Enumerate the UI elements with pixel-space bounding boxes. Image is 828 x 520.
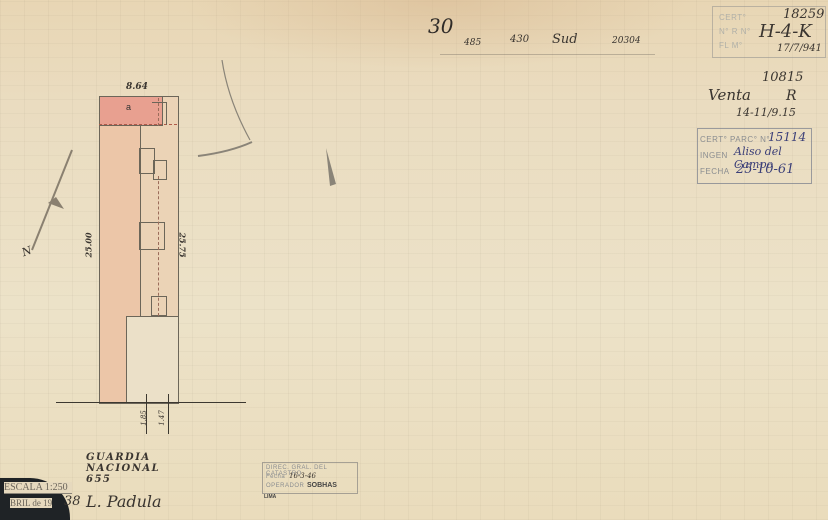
venta-letter: R <box>786 88 797 104</box>
street-line <box>56 402 246 403</box>
corner-mark <box>152 102 167 125</box>
plot-label: a <box>126 102 131 112</box>
date-label: BRIL de 19 <box>10 498 52 508</box>
setback <box>153 160 167 180</box>
venta-label: Venta <box>708 86 751 104</box>
stamp-number: 18259 <box>783 7 824 22</box>
bottom-dimension-2: 1.47 <box>158 410 166 426</box>
header-field-4: 20304 <box>612 36 641 46</box>
left-dimension: 25.00 <box>84 232 94 257</box>
year: 38 <box>64 494 81 509</box>
registry-stamp: CERT° N° R N° FL M° 18259 H-4-K 17/7/941 <box>712 6 826 58</box>
certificate-stamp: CERT° PARC° N° INGEN FECHA 15114 Aliso d… <box>697 128 812 184</box>
cert-fecha: 25-10-61 <box>736 162 794 177</box>
cert-number: 15114 <box>768 130 806 144</box>
catastro-fecha-label: Fecha <box>266 474 285 480</box>
catastro-operador-value: SOBHAS <box>307 482 337 489</box>
stamp-code: H-4-K <box>759 21 812 42</box>
bottom-dimension-1: 1.85 <box>140 410 148 426</box>
catastro-city: LIMA <box>264 494 276 500</box>
venta-date: 14-11/9.15 <box>736 106 796 119</box>
stamp-label-fl: FL M° <box>719 41 743 50</box>
header-field-1: 485 <box>464 38 481 48</box>
setback <box>151 296 167 316</box>
cert-label-number: CERT° PARC° N° <box>700 135 770 144</box>
pencil-marks <box>190 60 350 200</box>
header-field-2: 430 <box>510 34 529 45</box>
stamp-label-nr: N° R N° <box>719 27 751 36</box>
north-arrow: N <box>20 145 80 265</box>
signature: L. Padula <box>86 492 162 511</box>
top-dimension: 8.64 <box>126 82 148 92</box>
right-dimension: 25.75 <box>178 232 188 257</box>
header-field-3: Sud <box>552 32 578 47</box>
setback <box>139 222 165 250</box>
scale-label: ESCALA 1:250 <box>4 482 72 494</box>
dashed-line <box>158 176 159 316</box>
stamp-date: 17/7/941 <box>777 43 822 54</box>
cert-label-fecha: FECHA <box>700 167 730 176</box>
cert-label-ingen: INGEN <box>700 151 728 160</box>
stamp-label-cert: CERT° <box>719 13 746 22</box>
catastro-fecha-value: 16-3-46 <box>289 472 316 480</box>
sheet-number: 30 <box>428 14 453 38</box>
tick <box>168 394 169 434</box>
plan-sheet: 30 485 430 Sud 20304 CERT° N° R N° FL M°… <box>0 0 828 520</box>
venta-number: 10815 <box>762 70 803 85</box>
header-line: 485 430 Sud 20304 <box>440 40 655 55</box>
street-name: GUARDIA NACIONAL 655 <box>86 452 160 485</box>
catastro-operador-label: OPERADOR <box>266 483 304 489</box>
catastro-stamp: DIREC. GRAL. DEL CATASTRO Fecha 16-3-46 … <box>262 462 358 494</box>
lot-lower <box>126 316 179 404</box>
